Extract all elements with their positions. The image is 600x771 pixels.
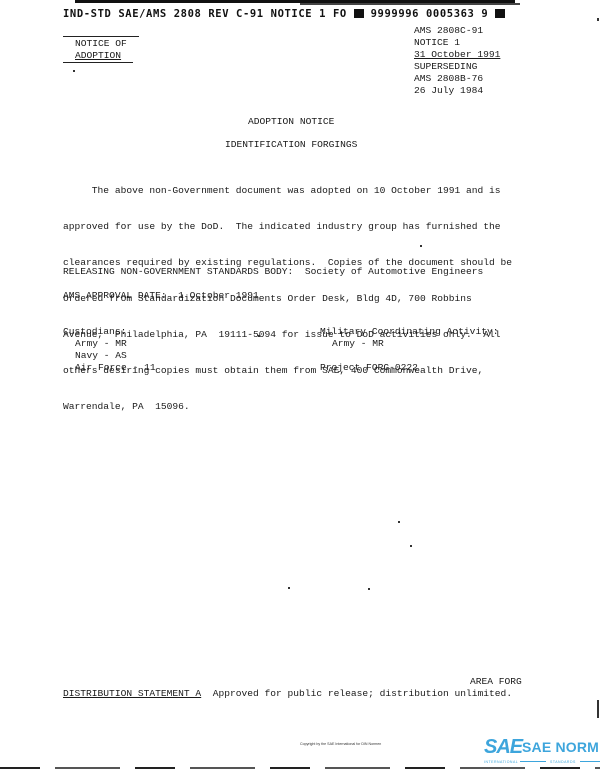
doc-number: AMS 2808C-91 [414,25,483,37]
releasing-body-value: Society of Automotive Engineers [305,266,483,277]
project-number: Project FORG-0222 [320,362,418,374]
coordinating-activity-label: Military Coordinating Activity: [320,326,498,338]
page-title: ADOPTION NOTICE [248,116,334,128]
approval-date-label: AMS APPROVAL DATE: [63,290,167,301]
scan-bottom-border [0,767,600,769]
scan-top-border-secondary [300,3,520,5]
scan-edge-mark [597,18,599,21]
paragraph-line: Warrendale, PA 15096. [63,401,533,413]
custodian-item: Navy - AS [75,350,127,362]
sae-norm-logo: SAE SAE NORM INTERNATIONAL STANDARDS [484,736,600,766]
adoption-label: ADOPTION [75,50,121,62]
custodian-item: Army - MR [75,338,127,350]
scan-speck [398,521,400,523]
scan-speck [73,70,75,72]
distribution-label: DISTRIBUTION STATEMENT A [63,688,201,699]
notice-date: 31 October 1991 [414,49,500,61]
notice-of-label: NOTICE OF [75,38,127,50]
distribution-statement: DISTRIBUTION STATEMENT A Approved for pu… [63,688,512,700]
scan-speck [368,588,370,590]
approval-date-value: 1 October 1991 [178,290,259,301]
paragraph-line: The above non-Government document was ad… [63,185,533,197]
custodians-label: Custodians: [63,326,126,338]
custodian-item: Air Force - 11 [75,362,156,374]
scan-speck [288,587,290,589]
scan-speck [420,245,422,247]
superseded-date: 26 July 1984 [414,85,483,97]
approval-date: AMS APPROVAL DATE: 1 October 1991 [63,290,259,302]
scan-edge-mark [597,700,599,718]
superseding-label: SUPERSEDING [414,61,477,73]
notice-top-rule [63,36,139,37]
area-code: AREA FORG [470,676,522,688]
sae-norm-wordmark: SAE NORM [522,739,599,755]
releasing-body-label: RELEASING NON-GOVERNMENT STANDARDS BODY: [63,266,293,277]
standard-id: IND-STD SAE/AMS 2808 REV C-91 NOTICE 1 F… [63,8,347,20]
sae-logo-mark: SAE [484,736,522,759]
logo-rule [580,761,600,762]
notice-bottom-rule [63,62,133,63]
coordinating-activity-item: Army - MR [332,338,384,350]
superseded-doc: AMS 2808B-76 [414,73,483,85]
distribution-text: Approved for public release; distributio… [213,688,512,699]
releasing-body: RELEASING NON-GOVERNMENT STANDARDS BODY:… [63,266,483,278]
scan-speck [258,335,260,337]
logo-rule [520,761,546,762]
scan-speck [410,545,412,547]
standard-header-line: IND-STD SAE/AMS 2808 REV C-91 NOTICE 1 F… [63,8,505,20]
black-block-mark [495,9,505,18]
page-subtitle: IDENTIFICATION FORGINGS [225,139,357,151]
copyright-footer: Copyright by the SAE International for D… [300,742,381,746]
black-block-mark [354,9,364,18]
standard-code: 9999996 0005363 9 [371,8,489,20]
paragraph-line: approved for use by the DoD. The indicat… [63,221,533,233]
notice-number: NOTICE 1 [414,37,460,49]
